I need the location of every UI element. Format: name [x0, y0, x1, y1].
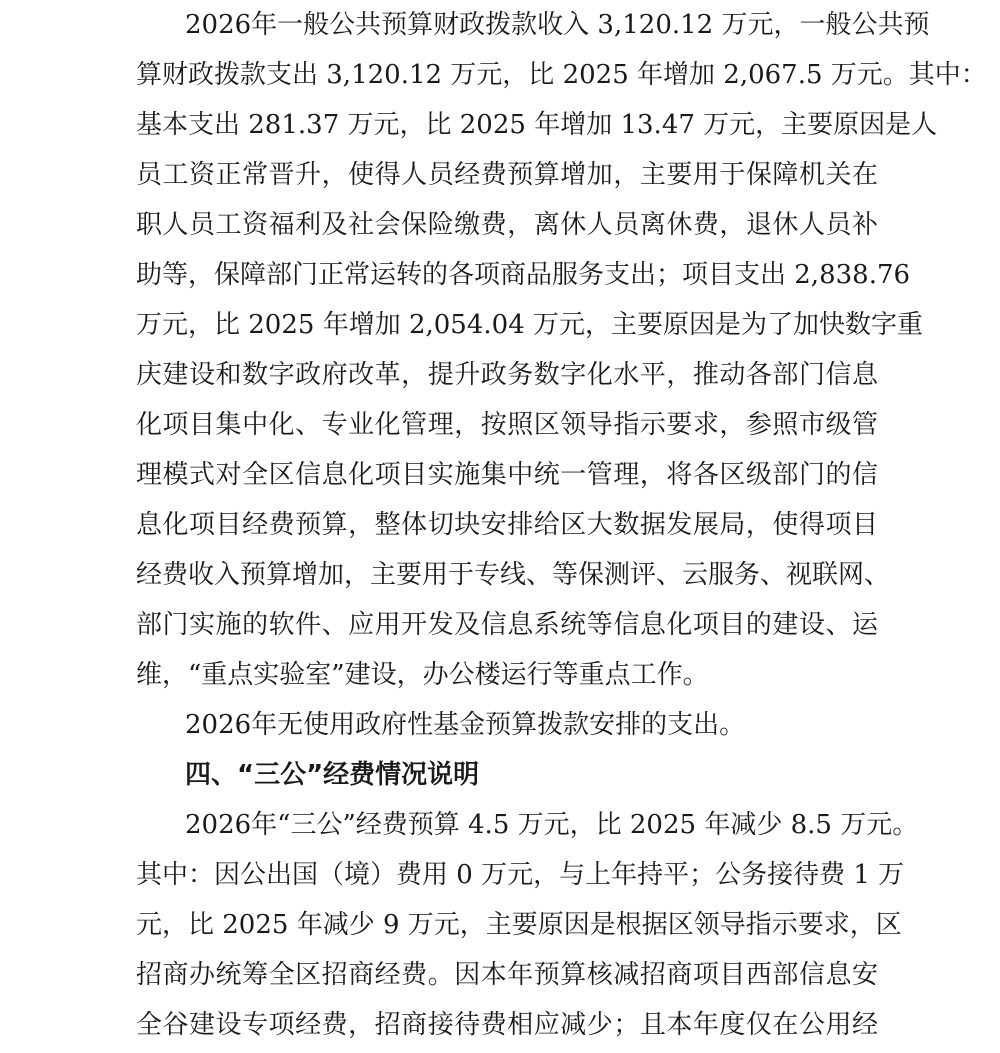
paragraph-1-line-14: 维，“重点实验室”建设，办公楼运行等重点工作。: [136, 650, 878, 700]
paragraph-3-line-1: 2026年“三公”经费预算 4.5 万元，比 2025 年减少 8.5 万元。: [185, 800, 878, 850]
paragraph-3-line-2: 其中：因公出国（境）费用 0 万元，与上年持平；公务接待费 1 万: [136, 850, 878, 900]
paragraph-1-line-8: 庆建设和数字政府改革，提升政务数字化水平，推动各部门信息: [136, 350, 878, 400]
paragraph-1-line-4: 员工资正常晋升，使得人员经费预算增加，主要用于保障机关在: [136, 150, 878, 200]
paragraph-1-line-1: 2026年一般公共预算财政拨款收入 3,120.12 万元，一般公共预: [185, 0, 878, 50]
paragraph-1-line-12: 经费收入预算增加，主要用于专线、等保测评、云服务、视联网、: [136, 550, 878, 600]
paragraph-1-line-3: 基本支出 281.37 万元，比 2025 年增加 13.47 万元，主要原因是…: [136, 100, 878, 150]
paragraph-2-line-1: 2026年无使用政府性基金预算拨款安排的支出。: [185, 700, 878, 750]
paragraph-1-line-11: 息化项目经费预算，整体切块安排给区大数据发展局，使得项目: [136, 500, 878, 550]
paragraph-1-line-5: 职人员工资福利及社会保险缴费，离休人员离休费，退休人员补: [136, 200, 878, 250]
section-heading: 四、“三公”经费情况说明: [185, 750, 878, 800]
paragraph-1-line-6: 助等，保障部门正常运转的各项商品服务支出；项目支出 2,838.76: [136, 250, 878, 300]
paragraph-1-line-10: 理模式对全区信息化项目实施集中统一管理，将各区级部门的信: [136, 450, 878, 500]
paragraph-3-line-5: 全谷建设专项经费，招商接待费相应减少；且本年度仅在公用经: [136, 1000, 878, 1050]
paragraph-3-line-4: 招商办统筹全区招商经费。因本年预算核减招商项目西部信息安: [136, 950, 878, 1000]
paragraph-1-line-7: 万元，比 2025 年增加 2,054.04 万元，主要原因是为了加快数字重: [136, 300, 878, 350]
paragraph-1-line-13: 部门实施的软件、应用开发及信息系统等信息化项目的建设、运: [136, 600, 878, 650]
document-page: 2026年一般公共预算财政拨款收入 3,120.12 万元，一般公共预 算财政拨…: [0, 0, 1000, 1053]
paragraph-3-line-3: 元，比 2025 年减少 9 万元，主要原因是根据区领导指示要求，区: [136, 900, 878, 950]
paragraph-1-line-2: 算财政拨款支出 3,120.12 万元，比 2025 年增加 2,067.5 万…: [136, 50, 878, 100]
paragraph-1-line-9: 化项目集中化、专业化管理，按照区领导指示要求，参照市级管: [136, 400, 878, 450]
